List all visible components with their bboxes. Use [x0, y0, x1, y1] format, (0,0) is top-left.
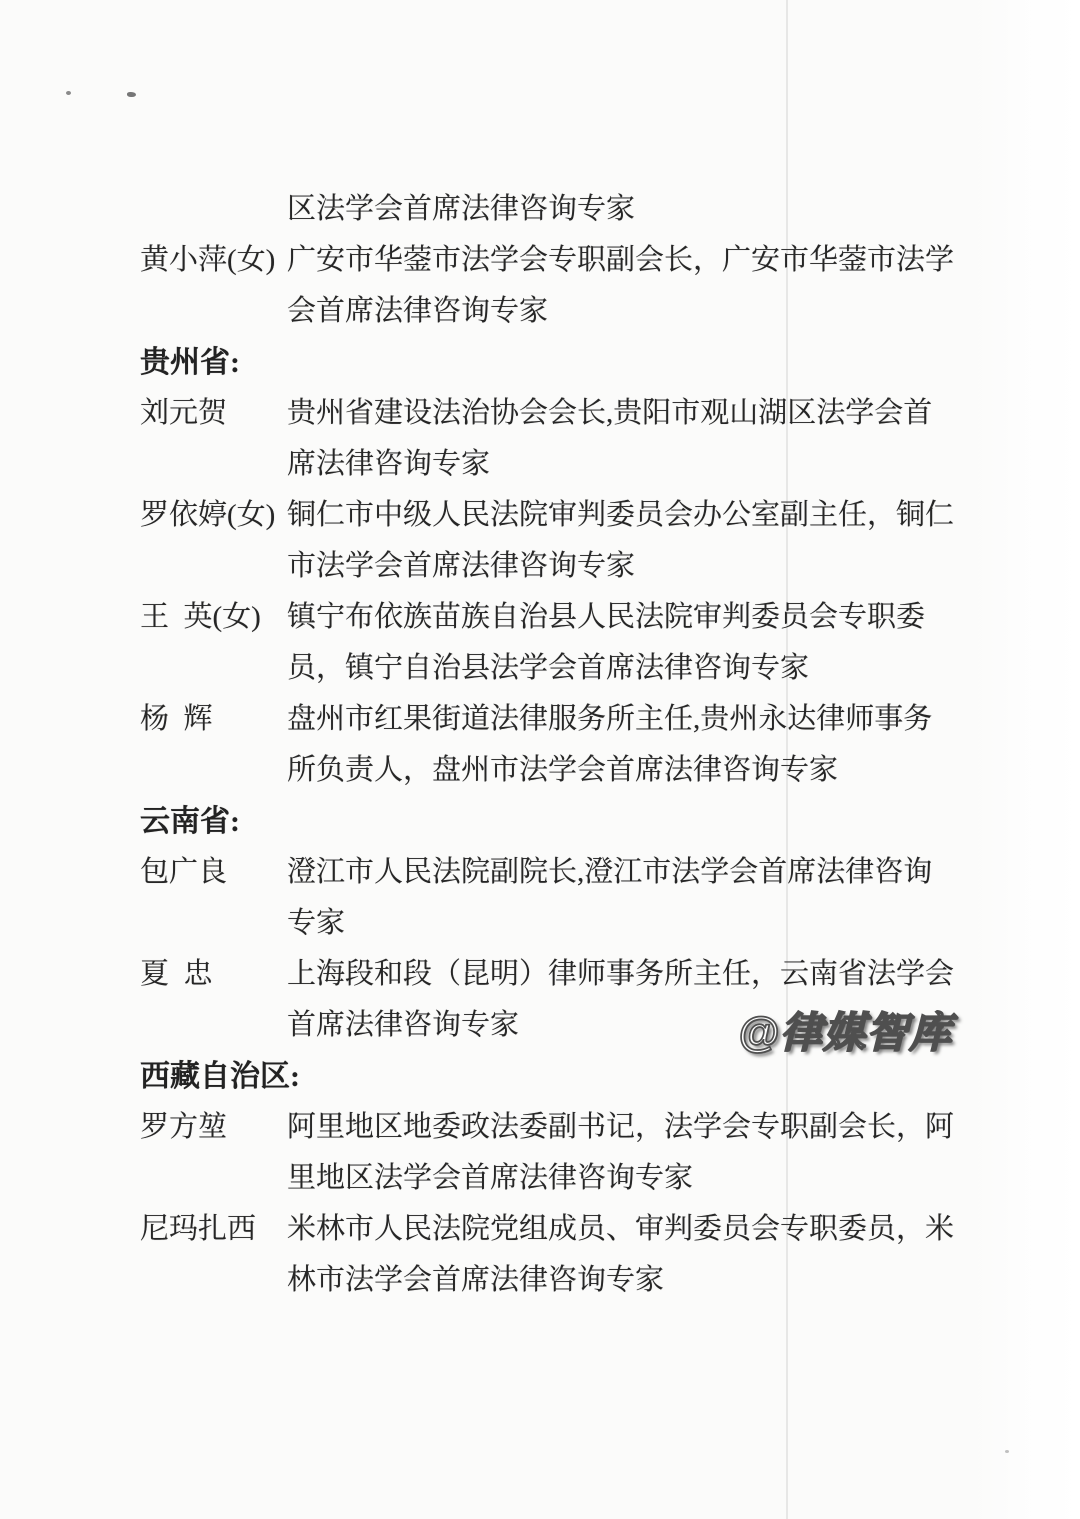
expert-entry: 包广良澄江市人民法院副院长,澄江市法学会首席法律咨询专家 [140, 847, 970, 949]
expert-entry: 黄小萍(女)广安市华蓥市法学会专职副会长，广安市华蓥市法学会首席法律咨询专家 [140, 235, 970, 337]
expert-title: 镇宁布依族苗族自治县人民法院审判委员会专职委员，镇宁自治县法学会首席法律咨询专家 [287, 592, 959, 694]
expert-title: 阿里地区地委政法委副书记，法学会专职副会长，阿里地区法学会首席法律咨询专家 [287, 1102, 959, 1204]
document-body: 区法学会首席法律咨询专家 黄小萍(女)广安市华蓥市法学会专职副会长，广安市华蓥市… [140, 184, 970, 1306]
expert-name: 罗依婷(女) [140, 490, 287, 541]
expert-title: 铜仁市中级人民法院审判委员会办公室副主任，铜仁市法学会首席法律咨询专家 [287, 490, 959, 592]
expert-name: 尼玛扎西 [140, 1204, 287, 1255]
expert-entry: 王 英(女)镇宁布依族苗族自治县人民法院审判委员会专职委员，镇宁自治县法学会首席… [140, 592, 970, 694]
expert-title: 广安市华蓥市法学会专职副会长，广安市华蓥市法学会首席法律咨询专家 [287, 235, 959, 337]
expert-name: 夏 忠 [140, 949, 287, 1000]
expert-entry: 罗依婷(女)铜仁市中级人民法院审判委员会办公室副主任，铜仁市法学会首席法律咨询专… [140, 490, 970, 592]
scan-speck [1005, 1450, 1009, 1453]
expert-entry: 罗方堃阿里地区地委政法委副书记，法学会专职副会长，阿里地区法学会首席法律咨询专家 [140, 1102, 970, 1204]
expert-entry: 杨 辉盘州市红果街道法律服务所主任,贵州永达律师事务所负责人，盘州市法学会首席法… [140, 694, 970, 796]
watermark-text: @律媒智库 [738, 1000, 952, 1060]
expert-title: 盘州市红果街道法律服务所主任,贵州永达律师事务所负责人，盘州市法学会首席法律咨询… [287, 694, 959, 796]
scan-speck [66, 91, 71, 95]
expert-name: 王 英(女) [140, 592, 287, 643]
expert-list: 黄小萍(女)广安市华蓥市法学会专职副会长，广安市华蓥市法学会首席法律咨询专家贵州… [140, 235, 970, 1306]
expert-entry: 尼玛扎西米林市人民法院党组成员、审判委员会专职委员，米林市法学会首席法律咨询专家 [140, 1204, 970, 1306]
expert-title: 贵州省建设法治协会会长,贵阳市观山湖区法学会首席法律咨询专家 [287, 388, 959, 490]
scan-speck [127, 92, 136, 97]
expert-name: 刘元贺 [140, 388, 287, 439]
scanned-document-page: 区法学会首席法律咨询专家 黄小萍(女)广安市华蓥市法学会专职副会长，广安市华蓥市… [0, 0, 1080, 1519]
expert-entry: 刘元贺贵州省建设法治协会会长,贵阳市观山湖区法学会首席法律咨询专家 [140, 388, 970, 490]
province-header: 云南省: [140, 796, 970, 847]
expert-name: 杨 辉 [140, 694, 287, 745]
expert-name: 罗方堃 [140, 1102, 287, 1153]
carryover-line: 区法学会首席法律咨询专家 [287, 184, 970, 235]
expert-name: 黄小萍(女) [140, 235, 287, 286]
expert-name: 包广良 [140, 847, 287, 898]
province-header: 贵州省: [140, 337, 970, 388]
expert-title: 米林市人民法院党组成员、审判委员会专职委员，米林市法学会首席法律咨询专家 [287, 1204, 959, 1306]
expert-title: 澄江市人民法院副院长,澄江市法学会首席法律咨询专家 [287, 847, 959, 949]
